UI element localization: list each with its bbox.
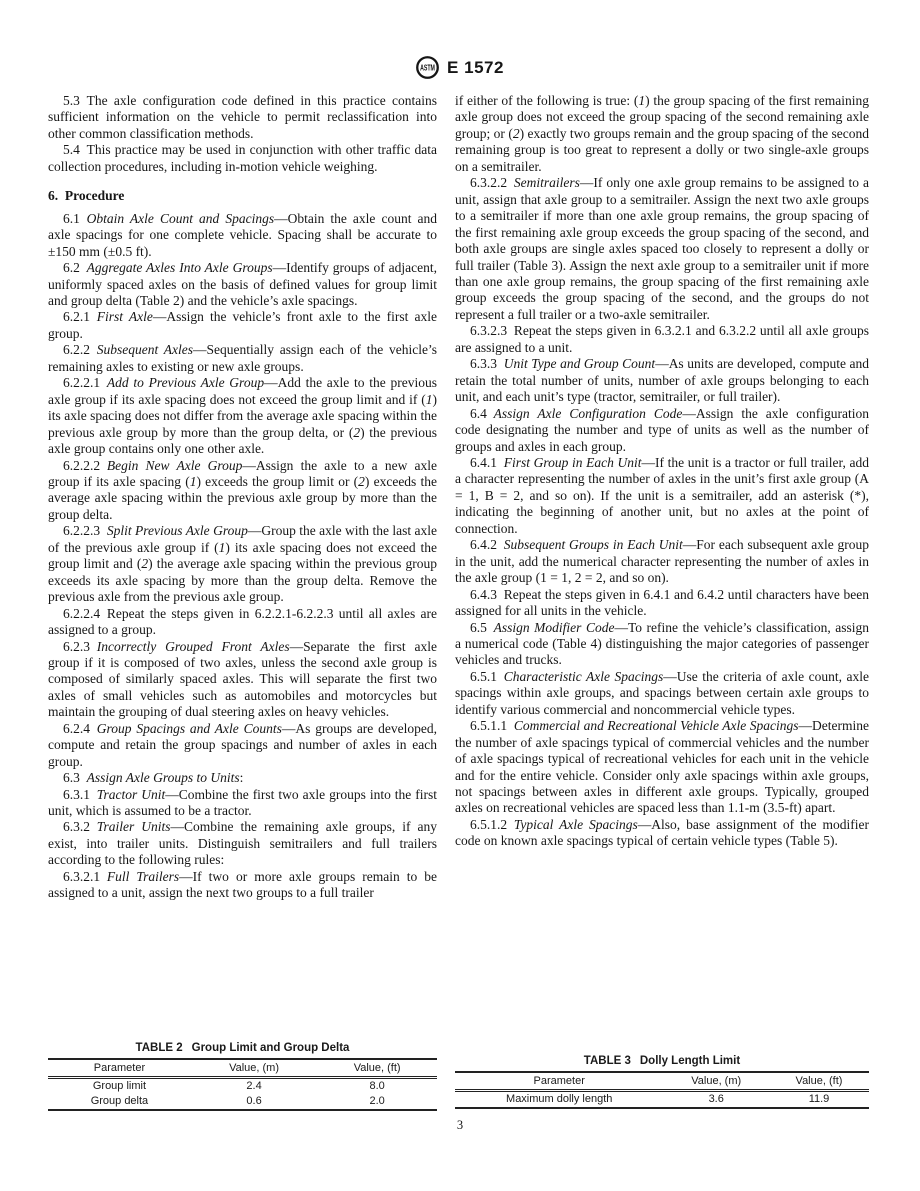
- text-run: 6.2.2.4 Repeat the steps given in 6.2.2.…: [48, 606, 437, 637]
- italic-text-run: Tractor Unit: [97, 787, 166, 802]
- text-run: —If only one axle group remains to be as…: [455, 175, 869, 322]
- table-label: TABLE 3: [584, 1055, 631, 1067]
- text-run: 6.2.2.3: [63, 523, 107, 538]
- paragraph: 6.5.1 Characteristic Axle Spacings—Use t…: [455, 669, 869, 718]
- paragraph: 6.4 Assign Axle Configuration Code—Assig…: [455, 406, 869, 455]
- document-code: E 1572: [447, 58, 504, 78]
- italic-text-run: 2: [358, 474, 365, 489]
- italic-text-run: Assign Modifier Code: [494, 620, 615, 635]
- text-run: 6.4.2: [470, 537, 504, 552]
- text-run: 5.4 This practice may be used in conjunc…: [48, 142, 437, 173]
- table-header-cell: Value, (ft): [317, 1059, 437, 1078]
- page-header: ASTM E 1572: [0, 56, 920, 79]
- paragraph: 6.4.3 Repeat the steps given in 6.4.1 an…: [455, 587, 869, 620]
- text-run: 6.3: [63, 770, 87, 785]
- italic-text-run: First Axle: [97, 309, 153, 324]
- table-cell: 0.6: [191, 1094, 317, 1110]
- text-run: 6.2: [63, 260, 87, 275]
- paragraph: 6.3.1 Tractor Unit—Combine the first two…: [48, 787, 437, 820]
- svg-text:ASTM: ASTM: [420, 64, 435, 73]
- paragraph: 6.5 Assign Modifier Code—To refine the v…: [455, 620, 869, 669]
- text-run: 6.4.1: [470, 455, 504, 470]
- italic-text-run: Commercial and Recreational Vehicle Axle…: [514, 718, 799, 733]
- paragraph: 6.2.1 First Axle—Assign the vehicle’s fr…: [48, 309, 437, 342]
- italic-text-run: Obtain Axle Count and Spacings: [87, 211, 274, 226]
- table-row: Group limit 2.4 8.0: [48, 1078, 437, 1095]
- table-dolly-length-limit: TABLE 3Dolly Length Limit Parameter Valu…: [455, 1055, 869, 1109]
- italic-text-run: Split Previous Axle Group: [107, 523, 248, 538]
- text-run: 6.2.3: [63, 639, 97, 654]
- page-number: 3: [0, 1118, 920, 1133]
- paragraph: 6.3.2.1 Full Trailers—If two or more axl…: [48, 869, 437, 902]
- italic-text-run: Aggregate Axles Into Axle Groups: [87, 260, 273, 275]
- text-run: 6.5.1: [470, 669, 504, 684]
- table-cell: 3.6: [663, 1091, 769, 1109]
- dolly-length-table: Parameter Value, (m) Value, (ft) Maximum…: [455, 1071, 869, 1109]
- paragraph: 6.5.1.1 Commercial and Recreational Vehi…: [455, 718, 869, 817]
- table-header-cell: Parameter: [48, 1059, 191, 1078]
- table-cell: 11.9: [769, 1091, 869, 1109]
- table-caption: Group Limit and Group Delta: [192, 1042, 350, 1054]
- table-title: TABLE 3Dolly Length Limit: [455, 1055, 869, 1067]
- italic-text-run: Unit Type and Group Count: [504, 356, 655, 371]
- italic-text-run: Incorrectly Grouped Front Axles: [97, 639, 290, 654]
- table-cell: 2.4: [191, 1078, 317, 1095]
- table-label: TABLE 2: [136, 1042, 183, 1054]
- table-caption: Dolly Length Limit: [640, 1055, 740, 1067]
- text-run: 6.3.2.2: [470, 175, 514, 190]
- paragraph: 6.3 Assign Axle Groups to Units:: [48, 770, 437, 786]
- table-header-cell: Value, (m): [663, 1072, 769, 1091]
- italic-text-run: Subsequent Axles: [97, 342, 193, 357]
- table-header-cell: Value, (ft): [769, 1072, 869, 1091]
- text-run: 6.5.1.1: [470, 718, 514, 733]
- italic-text-run: Full Trailers: [107, 869, 179, 884]
- text-run: 6.2.2: [63, 342, 97, 357]
- table-title: TABLE 2Group Limit and Group Delta: [48, 1042, 437, 1054]
- table-group-limit-and-group-delta: TABLE 2Group Limit and Group Delta Param…: [48, 1042, 437, 1111]
- text-run: 6.4.3 Repeat the steps given in 6.4.1 an…: [455, 587, 869, 618]
- paragraph: 6.3.2.3 Repeat the steps given in 6.3.2.…: [455, 323, 869, 356]
- table-row: Maximum dolly length 3.6 11.9: [455, 1091, 869, 1109]
- paragraph: 6.2.2.3 Split Previous Axle Group—Group …: [48, 523, 437, 605]
- paragraph: 6.2.2.1 Add to Previous Axle Group—Add t…: [48, 375, 437, 457]
- section-heading: 6. Procedure: [48, 188, 437, 204]
- text-run: 6.3.1: [63, 787, 97, 802]
- text-run: 6.5: [470, 620, 494, 635]
- text-run: 6.5.1.2: [470, 817, 514, 832]
- table-header-row: Parameter Value, (m) Value, (ft): [48, 1059, 437, 1078]
- document-page: ASTM E 1572 5.3 The axle configuration c…: [0, 0, 920, 1191]
- text-run: 6.3.2.3 Repeat the steps given in 6.3.2.…: [455, 323, 869, 354]
- paragraph: 6.5.1.2 Typical Axle Spacings—Also, base…: [455, 817, 869, 850]
- text-run: 6.2.2.2: [63, 458, 107, 473]
- text-run: 6. Procedure: [48, 188, 124, 203]
- paragraph: 6.2.3 Incorrectly Grouped Front Axles—Se…: [48, 639, 437, 721]
- text-run: if either of the following is true: (: [455, 93, 638, 108]
- paragraph: 6.4.2 Subsequent Groups in Each Unit—For…: [455, 537, 869, 586]
- text-run: 6.3.2.1: [63, 869, 107, 884]
- text-run: 6.3.2: [63, 819, 97, 834]
- paragraph: 6.2.2 Subsequent Axles—Sequentially assi…: [48, 342, 437, 375]
- right-column: if either of the following is true: (1) …: [455, 93, 869, 850]
- italic-text-run: Assign Axle Groups to Units: [87, 770, 240, 785]
- text-run: 6.2.2.1: [63, 375, 107, 390]
- italic-text-run: Trailer Units: [97, 819, 171, 834]
- astm-logo-icon: ASTM: [416, 56, 439, 79]
- table-cell: Group delta: [48, 1094, 191, 1110]
- paragraph: 5.3 The axle configuration code defined …: [48, 93, 437, 142]
- italic-text-run: 1: [426, 392, 433, 407]
- italic-text-run: Group Spacings and Axle Counts: [97, 721, 282, 736]
- text-run: 6.3.3: [470, 356, 504, 371]
- text-run: 6.1: [63, 211, 87, 226]
- text-run: 6.4: [470, 406, 494, 421]
- table-header-row: Parameter Value, (m) Value, (ft): [455, 1072, 869, 1091]
- italic-text-run: Characteristic Axle Spacings: [504, 669, 663, 684]
- paragraph: 6.4.1 First Group in Each Unit—If the un…: [455, 455, 869, 537]
- paragraph: 6.3.3 Unit Type and Group Count—As units…: [455, 356, 869, 405]
- paragraph: 5.4 This practice may be used in conjunc…: [48, 142, 437, 175]
- group-limit-table: Parameter Value, (m) Value, (ft) Group l…: [48, 1058, 437, 1111]
- table-cell: Group limit: [48, 1078, 191, 1095]
- table-cell: 2.0: [317, 1094, 437, 1110]
- italic-text-run: Add to Previous Axle Group: [107, 375, 264, 390]
- italic-text-run: Subsequent Groups in Each Unit: [504, 537, 683, 552]
- paragraph: 6.1 Obtain Axle Count and Spacings—Obtai…: [48, 211, 437, 260]
- table-cell: 8.0: [317, 1078, 437, 1095]
- paragraph: 6.2 Aggregate Axles Into Axle Groups—Ide…: [48, 260, 437, 309]
- table-cell: Maximum dolly length: [455, 1091, 663, 1109]
- text-run: 6.2.1: [63, 309, 97, 324]
- italic-text-run: Begin New Axle Group: [107, 458, 243, 473]
- italic-text-run: Typical Axle Spacings: [514, 817, 638, 832]
- italic-text-run: 2: [513, 126, 520, 141]
- text-run: :: [240, 770, 244, 785]
- paragraph: if either of the following is true: (1) …: [455, 93, 869, 175]
- italic-text-run: First Group in Each Unit: [504, 455, 642, 470]
- italic-text-run: Assign Axle Configuration Code: [494, 406, 683, 421]
- left-column: 5.3 The axle configuration code defined …: [48, 93, 437, 902]
- italic-text-run: Semitrailers: [514, 175, 580, 190]
- paragraph: 6.3.2 Trailer Units—Combine the remainin…: [48, 819, 437, 868]
- text-run: ) exceeds the group limit or (: [196, 474, 358, 489]
- text-run: 6.2.4: [63, 721, 97, 736]
- table-header-cell: Parameter: [455, 1072, 663, 1091]
- paragraph: 6.3.2.2 Semitrailers—If only one axle gr…: [455, 175, 869, 323]
- paragraph: 6.2.2.4 Repeat the steps given in 6.2.2.…: [48, 606, 437, 639]
- paragraph: 6.2.4 Group Spacings and Axle Counts—As …: [48, 721, 437, 770]
- table-row: Group delta 0.6 2.0: [48, 1094, 437, 1110]
- table-header-cell: Value, (m): [191, 1059, 317, 1078]
- paragraph: 6.2.2.2 Begin New Axle Group—Assign the …: [48, 458, 437, 524]
- text-run: 5.3 The axle configuration code defined …: [48, 93, 437, 141]
